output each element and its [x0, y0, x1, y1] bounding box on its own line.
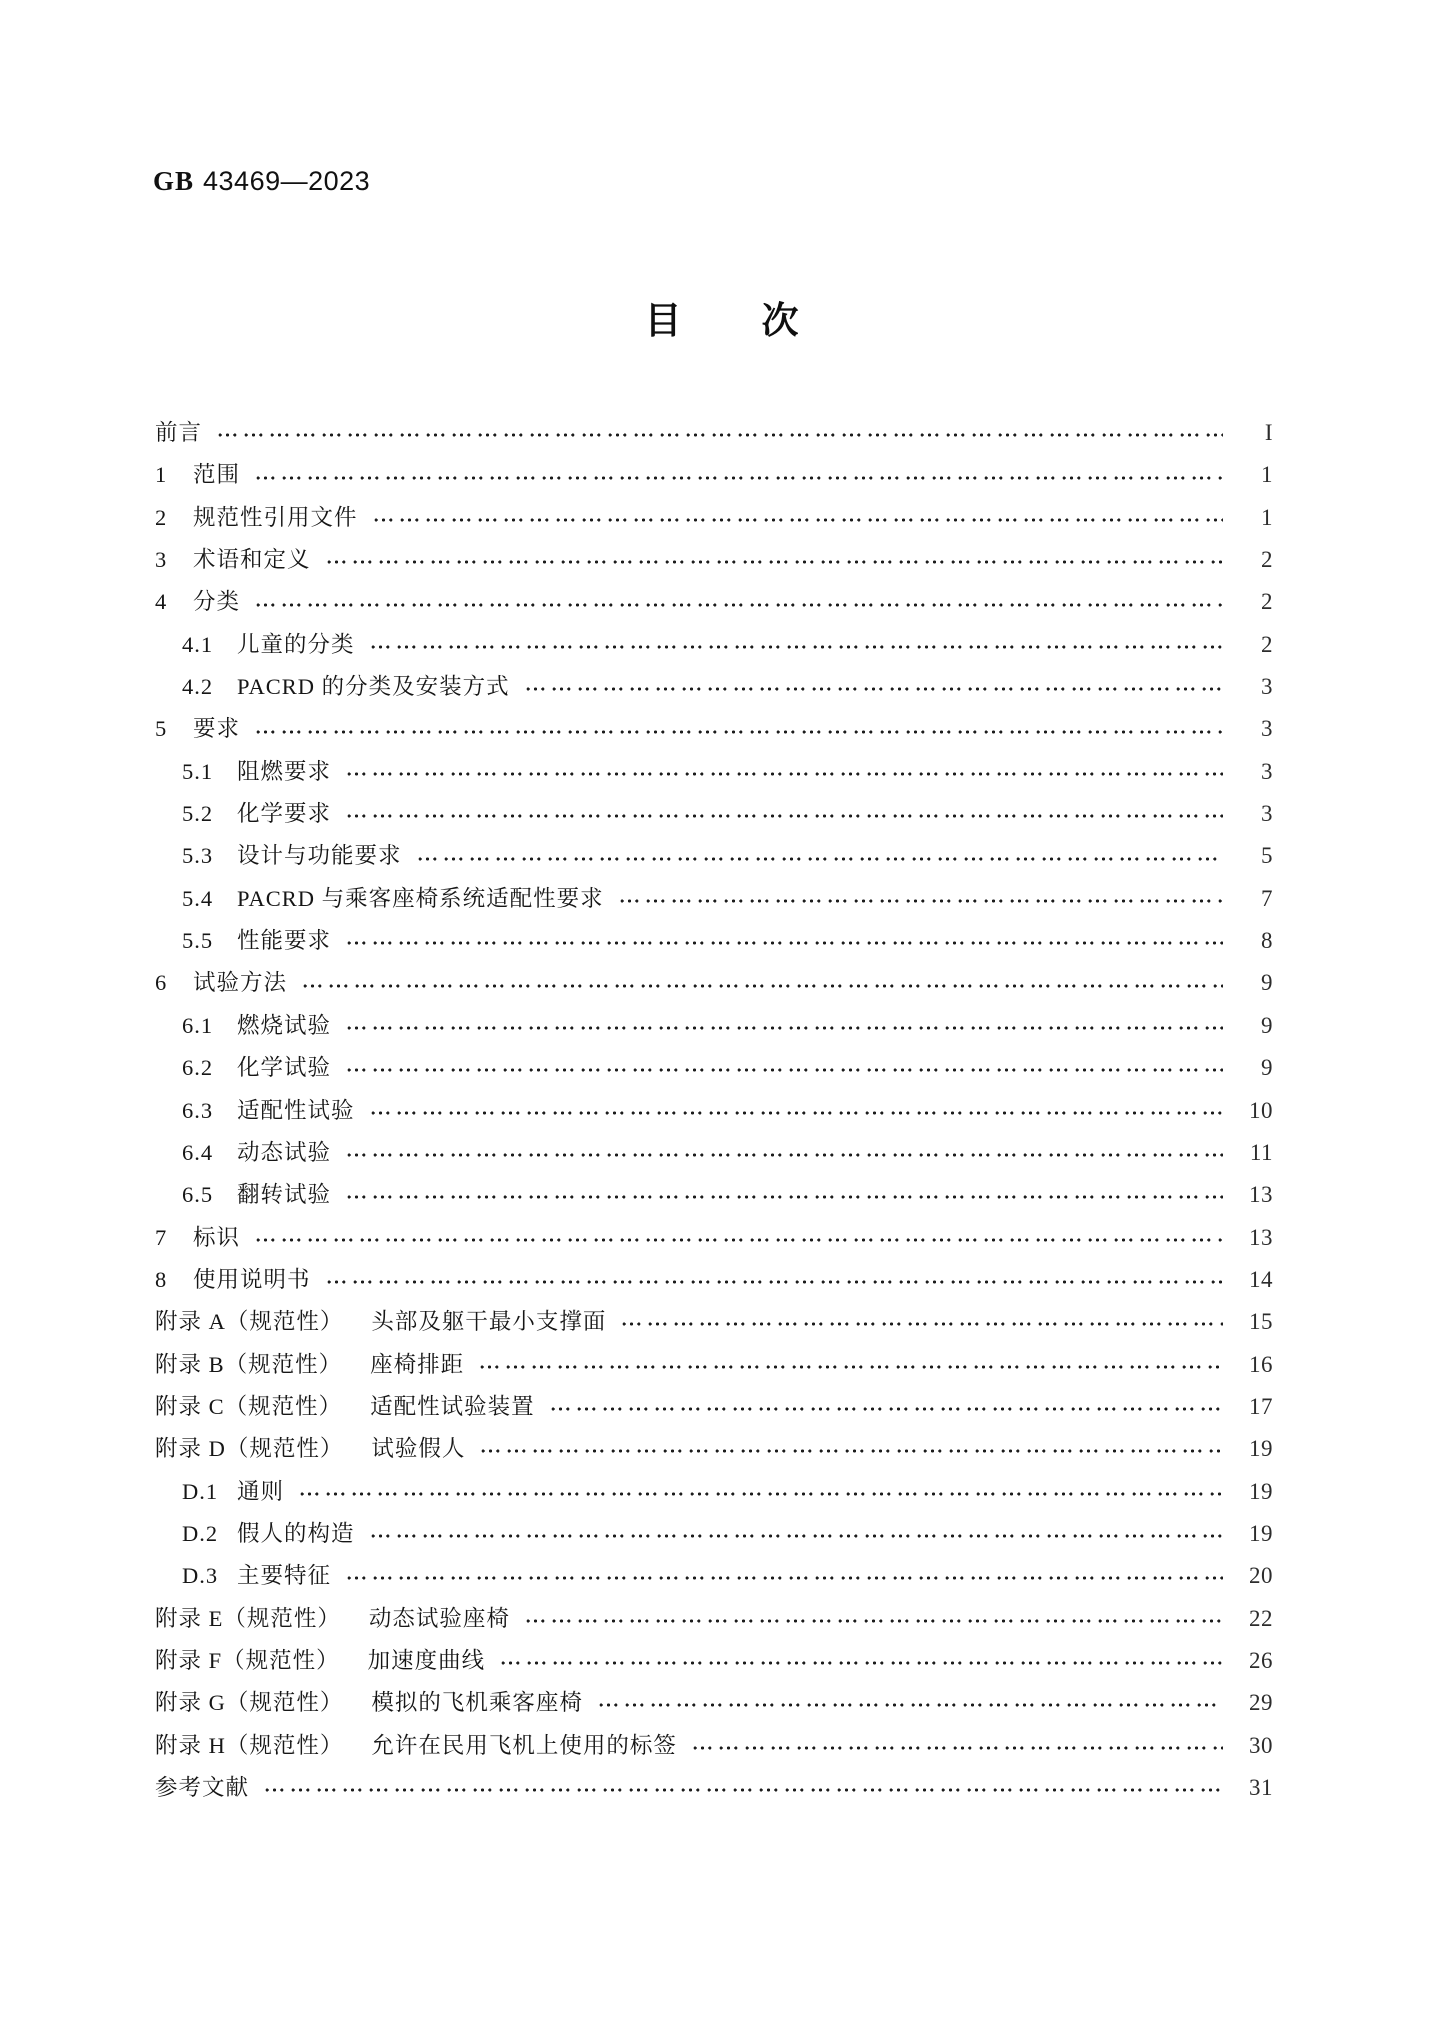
toc-entry-page: 11 [1237, 1132, 1273, 1174]
toc-entry: 5.4 PACRD 与乘客座椅系统适配性要求 7 [155, 878, 1273, 920]
toc-entry-page: 3 [1237, 793, 1273, 835]
dot-leader [345, 812, 1223, 820]
toc-entry-number: 6.3 [182, 1090, 237, 1132]
toc-entry-title: 儿童的分类 [237, 624, 355, 666]
toc-entry-page: 8 [1237, 920, 1273, 962]
dot-leader [618, 897, 1223, 905]
toc-entry-page: 15 [1237, 1301, 1273, 1343]
toc-entry-page: I [1237, 412, 1273, 454]
toc-entry: 1 范围 1 [155, 454, 1273, 496]
toc-entry-title: 加速度曲线 [368, 1640, 486, 1682]
toc-entry: 4.2 PACRD 的分类及安装方式 3 [155, 666, 1273, 708]
toc-entry-page: 3 [1237, 751, 1273, 793]
toc-entry-number: 附录 H（规范性） [155, 1725, 343, 1767]
toc-entry-number: 5.3 [182, 835, 237, 877]
toc-entry: 6.3 适配性试验 10 [155, 1090, 1273, 1132]
dot-leader [549, 1405, 1223, 1413]
toc-entry-title: 分类 [193, 581, 240, 623]
toc-entry-title: 适配性试验 [237, 1090, 355, 1132]
toc-entry-page: 19 [1237, 1513, 1273, 1555]
toc-entry-page: 30 [1237, 1725, 1273, 1767]
toc-entry-page: 19 [1237, 1428, 1273, 1470]
toc-entry-title: 标识 [193, 1217, 240, 1259]
toc-entry-title: 使用说明书 [193, 1259, 311, 1301]
dot-leader [524, 685, 1223, 693]
toc-entry-title: 假人的构造 [237, 1513, 355, 1555]
toc-entry-page: 3 [1237, 666, 1273, 708]
toc-entry-title: PACRD 的分类及安装方式 [237, 666, 510, 708]
toc-entry-title: 前言 [155, 412, 202, 454]
toc-entry: 8 使用说明书 14 [155, 1259, 1273, 1301]
toc-entry-page: 29 [1237, 1682, 1273, 1724]
dot-leader [345, 1151, 1223, 1159]
toc-entry-page: 13 [1237, 1174, 1273, 1216]
toc-entry-number: 5 [155, 708, 193, 750]
toc-entry-title: 范围 [193, 454, 240, 496]
standard-code: GB43469—2023 [153, 166, 370, 196]
toc-entry-number: 5.2 [182, 793, 237, 835]
toc-entry-page: 1 [1237, 497, 1273, 539]
toc-entry: 7 标识 13 [155, 1217, 1273, 1259]
toc-entry: 6.2 化学试验 9 [155, 1047, 1273, 1089]
toc-entry-number: 7 [155, 1217, 193, 1259]
toc-entry-title: 模拟的飞机乘客座椅 [371, 1682, 583, 1724]
toc-entry-page: 19 [1237, 1471, 1273, 1513]
dot-leader [524, 1617, 1223, 1625]
toc-entry-title: 通则 [237, 1471, 284, 1513]
toc-entry-number: D.1 [182, 1471, 237, 1513]
toc-entry: 4 分类 2 [155, 581, 1273, 623]
toc-entry: 附录 H（规范性） 允许在民用飞机上使用的标签 30 [155, 1725, 1273, 1767]
toc-entry-title: 化学要求 [237, 793, 331, 835]
toc-entry-page: 9 [1237, 962, 1273, 1004]
dot-leader [345, 1193, 1223, 1201]
toc-entry: D.1 通则 19 [155, 1471, 1273, 1513]
dot-leader [372, 516, 1223, 524]
dot-leader [298, 1490, 1223, 1498]
toc-entry-number: 6.5 [182, 1174, 237, 1216]
toc-entry: 5.3 设计与功能要求 5 [155, 835, 1273, 877]
dot-leader [325, 1278, 1223, 1286]
dot-leader [369, 1532, 1223, 1540]
dot-leader [478, 1363, 1223, 1371]
toc-entry: 5.1 阻燃要求 3 [155, 751, 1273, 793]
toc-entry: 附录 D（规范性） 试验假人 19 [155, 1428, 1273, 1470]
toc-entry-number: 附录 E（规范性） [155, 1598, 341, 1640]
dot-leader [263, 1786, 1223, 1794]
toc-entry-number: 8 [155, 1259, 193, 1301]
toc-entry-title: 燃烧试验 [237, 1005, 331, 1047]
toc-entry-number: 附录 B（规范性） [155, 1344, 342, 1386]
dot-leader [216, 431, 1223, 439]
toc-entry-title: 参考文献 [155, 1767, 249, 1809]
toc-entry-title: PACRD 与乘客座椅系统适配性要求 [237, 878, 604, 920]
toc-entry-page: 10 [1237, 1090, 1273, 1132]
toc-entry-number: 1 [155, 454, 193, 496]
toc-entry-title: 性能要求 [237, 920, 331, 962]
toc-entry: 6.5 翻转试验 13 [155, 1174, 1273, 1216]
dot-leader [369, 1109, 1223, 1117]
toc-entry: 附录 G（规范性） 模拟的飞机乘客座椅 29 [155, 1682, 1273, 1724]
dot-leader [345, 939, 1223, 947]
toc-entry-number: 4.2 [182, 666, 237, 708]
toc-entry: 4.1 儿童的分类 2 [155, 624, 1273, 666]
toc-entry-title: 试验方法 [193, 962, 287, 1004]
dot-leader [620, 1320, 1223, 1328]
toc-entry-title: 设计与功能要求 [237, 835, 402, 877]
toc-entry: 3 术语和定义 2 [155, 539, 1273, 581]
dot-leader [345, 1024, 1223, 1032]
toc-entry-title: 规范性引用文件 [193, 497, 358, 539]
toc-entry: 附录 B（规范性） 座椅排距 16 [155, 1344, 1273, 1386]
toc-entry-page: 2 [1237, 581, 1273, 623]
toc-entry-number: 附录 D（规范性） [155, 1428, 343, 1470]
toc-entry-title: 术语和定义 [193, 539, 311, 581]
toc-entry-page: 3 [1237, 708, 1273, 750]
toc-entry: 5 要求 3 [155, 708, 1273, 750]
standard-code-prefix: GB [153, 166, 194, 196]
toc-entry-title: 要求 [193, 708, 240, 750]
toc-entry: 附录 A（规范性） 头部及躯干最小支撑面 15 [155, 1301, 1273, 1343]
dot-leader [254, 474, 1223, 482]
toc-entry-page: 9 [1237, 1005, 1273, 1047]
dot-leader [416, 855, 1223, 863]
toc-entry: 5.5 性能要求 8 [155, 920, 1273, 962]
toc-entry-number: 6 [155, 962, 193, 1004]
toc-entry: 附录 C（规范性） 适配性试验装置 17 [155, 1386, 1273, 1428]
toc-entry-number: 附录 A（规范性） [155, 1301, 343, 1343]
toc-entry-page: 9 [1237, 1047, 1273, 1089]
toc-entry: 附录 F（规范性） 加速度曲线 26 [155, 1640, 1273, 1682]
toc-entry-title: 座椅排距 [370, 1344, 464, 1386]
dot-leader [254, 1236, 1223, 1244]
toc-entry: 6 试验方法 9 [155, 962, 1273, 1004]
dot-leader [345, 1574, 1223, 1582]
toc-entry: 前言 I [155, 412, 1273, 454]
toc-entry-title: 翻转试验 [237, 1174, 331, 1216]
toc-entry-page: 13 [1237, 1217, 1273, 1259]
toc-entry-number: 3 [155, 539, 193, 581]
toc-entry-number: 4 [155, 581, 193, 623]
toc-entry-number: 5.4 [182, 878, 237, 920]
toc-entry: 附录 E（规范性） 动态试验座椅 22 [155, 1598, 1273, 1640]
toc-entry-number: 4.1 [182, 624, 237, 666]
toc-entry: D.2 假人的构造 19 [155, 1513, 1273, 1555]
toc-entry-number: 5.1 [182, 751, 237, 793]
toc-entry-number: D.3 [182, 1555, 237, 1597]
toc-entry-page: 22 [1237, 1598, 1273, 1640]
toc-entry-page: 20 [1237, 1555, 1273, 1597]
toc-entry-title: 动态试验座椅 [369, 1598, 510, 1640]
page-title: 目 次 [0, 290, 1445, 344]
toc-entry-page: 16 [1237, 1344, 1273, 1386]
toc-entry: 6.4 动态试验 11 [155, 1132, 1273, 1174]
toc-entry-title: 阻燃要求 [237, 751, 331, 793]
dot-leader [691, 1744, 1223, 1752]
dot-leader [345, 1066, 1223, 1074]
toc-entry-title: 试验假人 [371, 1428, 465, 1470]
dot-leader [479, 1447, 1223, 1455]
toc-entry-number: 2 [155, 497, 193, 539]
toc-entry-title: 允许在民用飞机上使用的标签 [371, 1725, 677, 1767]
toc-entry-number: D.2 [182, 1513, 237, 1555]
toc-entry-title: 头部及躯干最小支撑面 [371, 1301, 606, 1343]
toc-entry-page: 2 [1237, 624, 1273, 666]
toc-entry-page: 7 [1237, 878, 1273, 920]
toc-entry-page: 14 [1237, 1259, 1273, 1301]
dot-leader [369, 643, 1223, 651]
toc-entry-number: 6.4 [182, 1132, 237, 1174]
toc-entry-title: 化学试验 [237, 1047, 331, 1089]
toc-entry-number: 附录 F（规范性） [155, 1640, 340, 1682]
toc-entry: 2 规范性引用文件 1 [155, 497, 1273, 539]
toc-entry: D.3 主要特征 20 [155, 1555, 1273, 1597]
toc-entry: 5.2 化学要求 3 [155, 793, 1273, 835]
toc-list: 前言 I 1 范围 1 2 规范性引用文件 1 3 术语和定义 2 4 分类 2… [155, 412, 1273, 1809]
toc-entry: 6.1 燃烧试验 9 [155, 1005, 1273, 1047]
toc-entry-page: 5 [1237, 835, 1273, 877]
dot-leader [325, 558, 1223, 566]
toc-entry-page: 1 [1237, 454, 1273, 496]
toc-entry-number: 6.2 [182, 1047, 237, 1089]
toc-entry-page: 2 [1237, 539, 1273, 581]
dot-leader [254, 601, 1223, 609]
dot-leader [345, 770, 1223, 778]
document-page: GB43469—2023 目 次 前言 I 1 范围 1 2 规范性引用文件 1… [0, 0, 1445, 2044]
dot-leader [254, 728, 1223, 736]
toc-entry-page: 31 [1237, 1767, 1273, 1809]
toc-entry-number: 5.5 [182, 920, 237, 962]
dot-leader [301, 982, 1223, 990]
toc-entry-title: 动态试验 [237, 1132, 331, 1174]
toc-entry-page: 17 [1237, 1386, 1273, 1428]
toc-entry-number: 6.1 [182, 1005, 237, 1047]
toc-entry-title: 主要特征 [237, 1555, 331, 1597]
toc-entry-number: 附录 G（规范性） [155, 1682, 343, 1724]
toc-entry-title: 适配性试验装置 [370, 1386, 535, 1428]
standard-code-number: 43469—2023 [203, 166, 370, 196]
toc-entry-number: 附录 C（规范性） [155, 1386, 342, 1428]
dot-leader [597, 1701, 1223, 1709]
toc-entry-page: 26 [1237, 1640, 1273, 1682]
dot-leader [499, 1659, 1223, 1667]
toc-entry: 参考文献 31 [155, 1767, 1273, 1809]
